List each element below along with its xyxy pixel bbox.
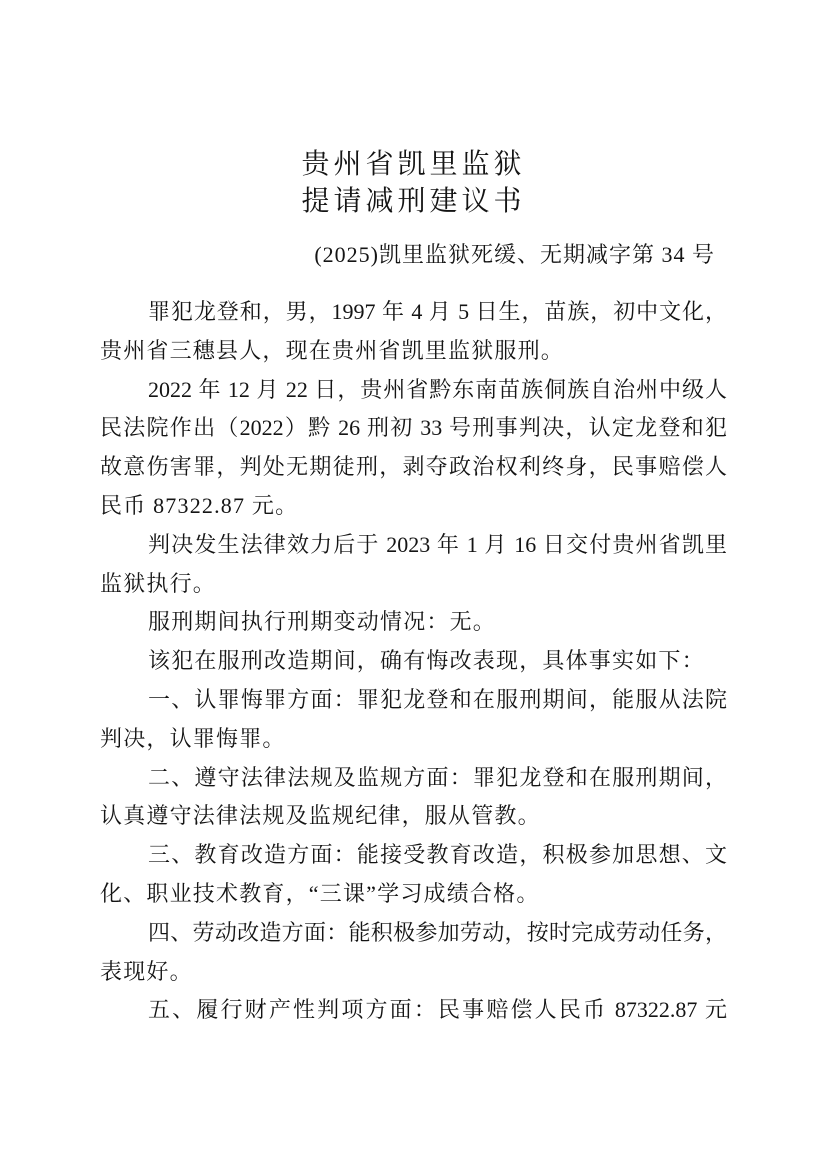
body-line: 民法院作出（2022）黔 26 刑初 33 号刑事判决，认定龙登和犯 (100, 409, 727, 448)
body-line: 监狱执行。 (100, 565, 727, 604)
body-line: 民币 87322.87 元。 (100, 487, 727, 526)
document-title: 贵州省凯里监狱 提请减刑建议书 (100, 146, 727, 220)
body-line: 认真遵守法律法规及监规纪律，服从管教。 (100, 797, 727, 836)
document-page: 贵州省凯里监狱 提请减刑建议书 (2025)凯里监狱死缓、无期减字第 34 号 … (0, 0, 827, 1169)
body-line: 化、职业技术教育，“三课”学习成绩合格。 (100, 875, 727, 914)
body-line: 三、教育改造方面：能接受教育改造，积极参加思想、文 (100, 836, 727, 875)
body-line: 五、履行财产性判项方面：民事赔偿人民币 87322.87 元 (100, 991, 727, 1030)
title-line-2: 提请减刑建议书 (100, 183, 727, 220)
body-line: 该犯在服刑改造期间，确有悔改表现，具体事实如下： (100, 642, 727, 681)
body-line: 判决发生法律效力后于 2023 年 1 月 16 日交付贵州省凯里 (100, 526, 727, 565)
document-number: (2025)凯里监狱死缓、无期减字第 34 号 (100, 240, 715, 270)
document-body: 罪犯龙登和，男，1997 年 4 月 5 日生，苗族，初中文化， 贵州省三穗县人… (100, 293, 727, 1030)
body-line: 一、认罪悔罪方面：罪犯龙登和在服刑期间，能服从法院 (100, 681, 727, 720)
body-line: 服刑期间执行刑期变动情况：无。 (100, 603, 727, 642)
body-line: 表现好。 (100, 953, 727, 992)
body-line: 判决，认罪悔罪。 (100, 720, 727, 759)
body-line: 二、遵守法律法规及监规方面：罪犯龙登和在服刑期间， (100, 759, 727, 798)
body-line: 四、劳动改造方面：能积极参加劳动，按时完成劳动任务， (100, 914, 727, 953)
body-line: 贵州省三穗县人，现在贵州省凯里监狱服刑。 (100, 332, 727, 371)
body-line: 2022 年 12 月 22 日，贵州省黔东南苗族侗族自治州中级人 (100, 371, 727, 410)
title-line-1: 贵州省凯里监狱 (100, 146, 727, 183)
body-line: 罪犯龙登和，男，1997 年 4 月 5 日生，苗族，初中文化， (100, 293, 727, 332)
body-line: 故意伤害罪，判处无期徒刑，剥夺政治权利终身，民事赔偿人 (100, 448, 727, 487)
